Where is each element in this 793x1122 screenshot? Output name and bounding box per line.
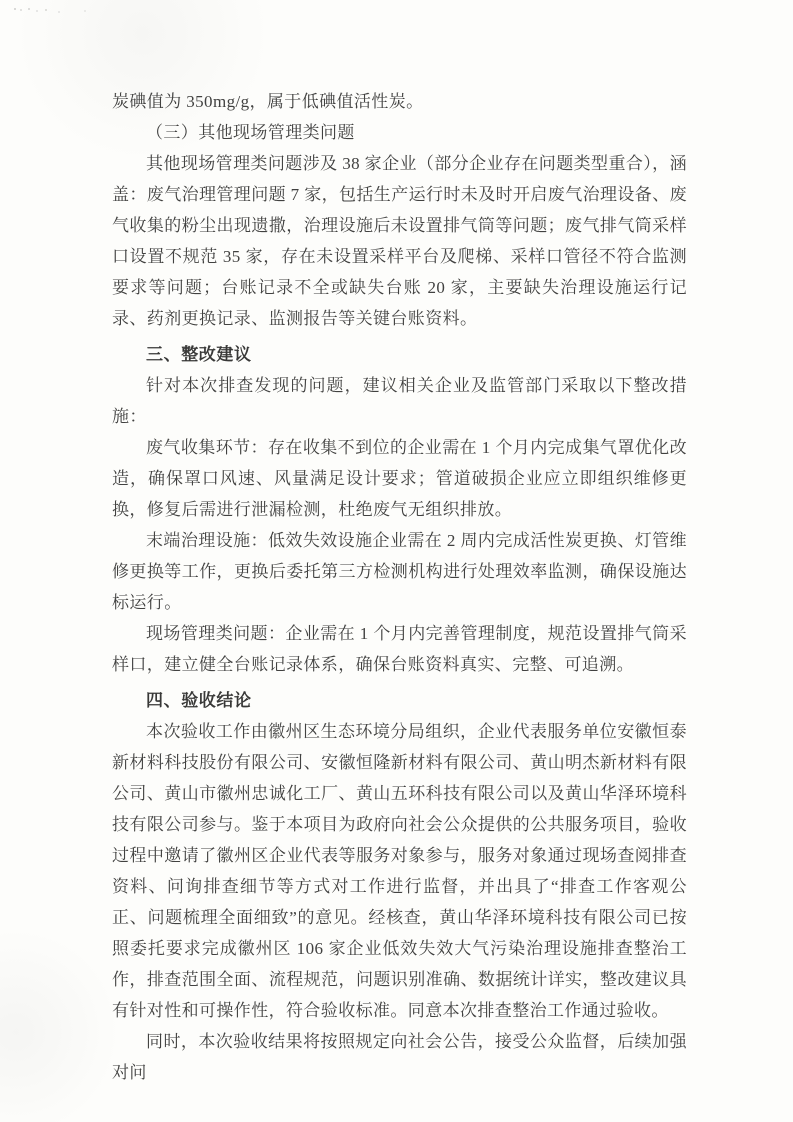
scan-noise-artifact xyxy=(14,8,16,10)
body-paragraph-rectification-intro: 针对本次排查发现的问题，建议相关企业及监管部门采取以下整改措施： xyxy=(112,370,687,432)
carryover-line-iodine-value: 炭碘值为 350mg/g，属于低碘值活性炭。 xyxy=(112,86,687,117)
body-paragraph-terminal-treatment: 末端治理设施：低效失效设施企业需在 2 周内完成活性炭更换、灯管维修更换等工作，… xyxy=(112,525,687,618)
body-paragraph-site-management-rectification: 现场管理类问题：企业需在 1 个月内完善管理制度，规范设置排气筒采样口，建立健全… xyxy=(112,618,687,680)
body-paragraph-acceptance-conclusion: 本次验收工作由徽州区生态环境分局组织，企业代表服务单位安徽恒泰新材料科技股份有限… xyxy=(112,716,687,1026)
body-paragraph-public-announcement: 同时，本次验收结果将按照规定向社会公告，接受公众监督，后续加强对问 xyxy=(112,1026,687,1088)
body-paragraph-gas-collection: 废气收集环节：存在收集不到位的企业需在 1 个月内完成集气罩优化改造，确保罩口风… xyxy=(112,432,687,525)
section-heading-acceptance-conclusion: 四、验收结论 xyxy=(112,685,687,716)
body-paragraph-site-management-issues: 其他现场管理类问题涉及 38 家企业（部分企业存在问题类型重合），涵盖：废气治理… xyxy=(112,148,687,334)
document-page: 炭碘值为 350mg/g，属于低碘值活性炭。 （三）其他现场管理类问题 其他现场… xyxy=(0,0,793,1122)
document-body: 炭碘值为 350mg/g，属于低碘值活性炭。 （三）其他现场管理类问题 其他现场… xyxy=(112,86,687,1088)
subsection-heading-other-site-management: （三）其他现场管理类问题 xyxy=(112,117,687,148)
section-heading-rectification-suggestions: 三、整改建议 xyxy=(112,339,687,370)
